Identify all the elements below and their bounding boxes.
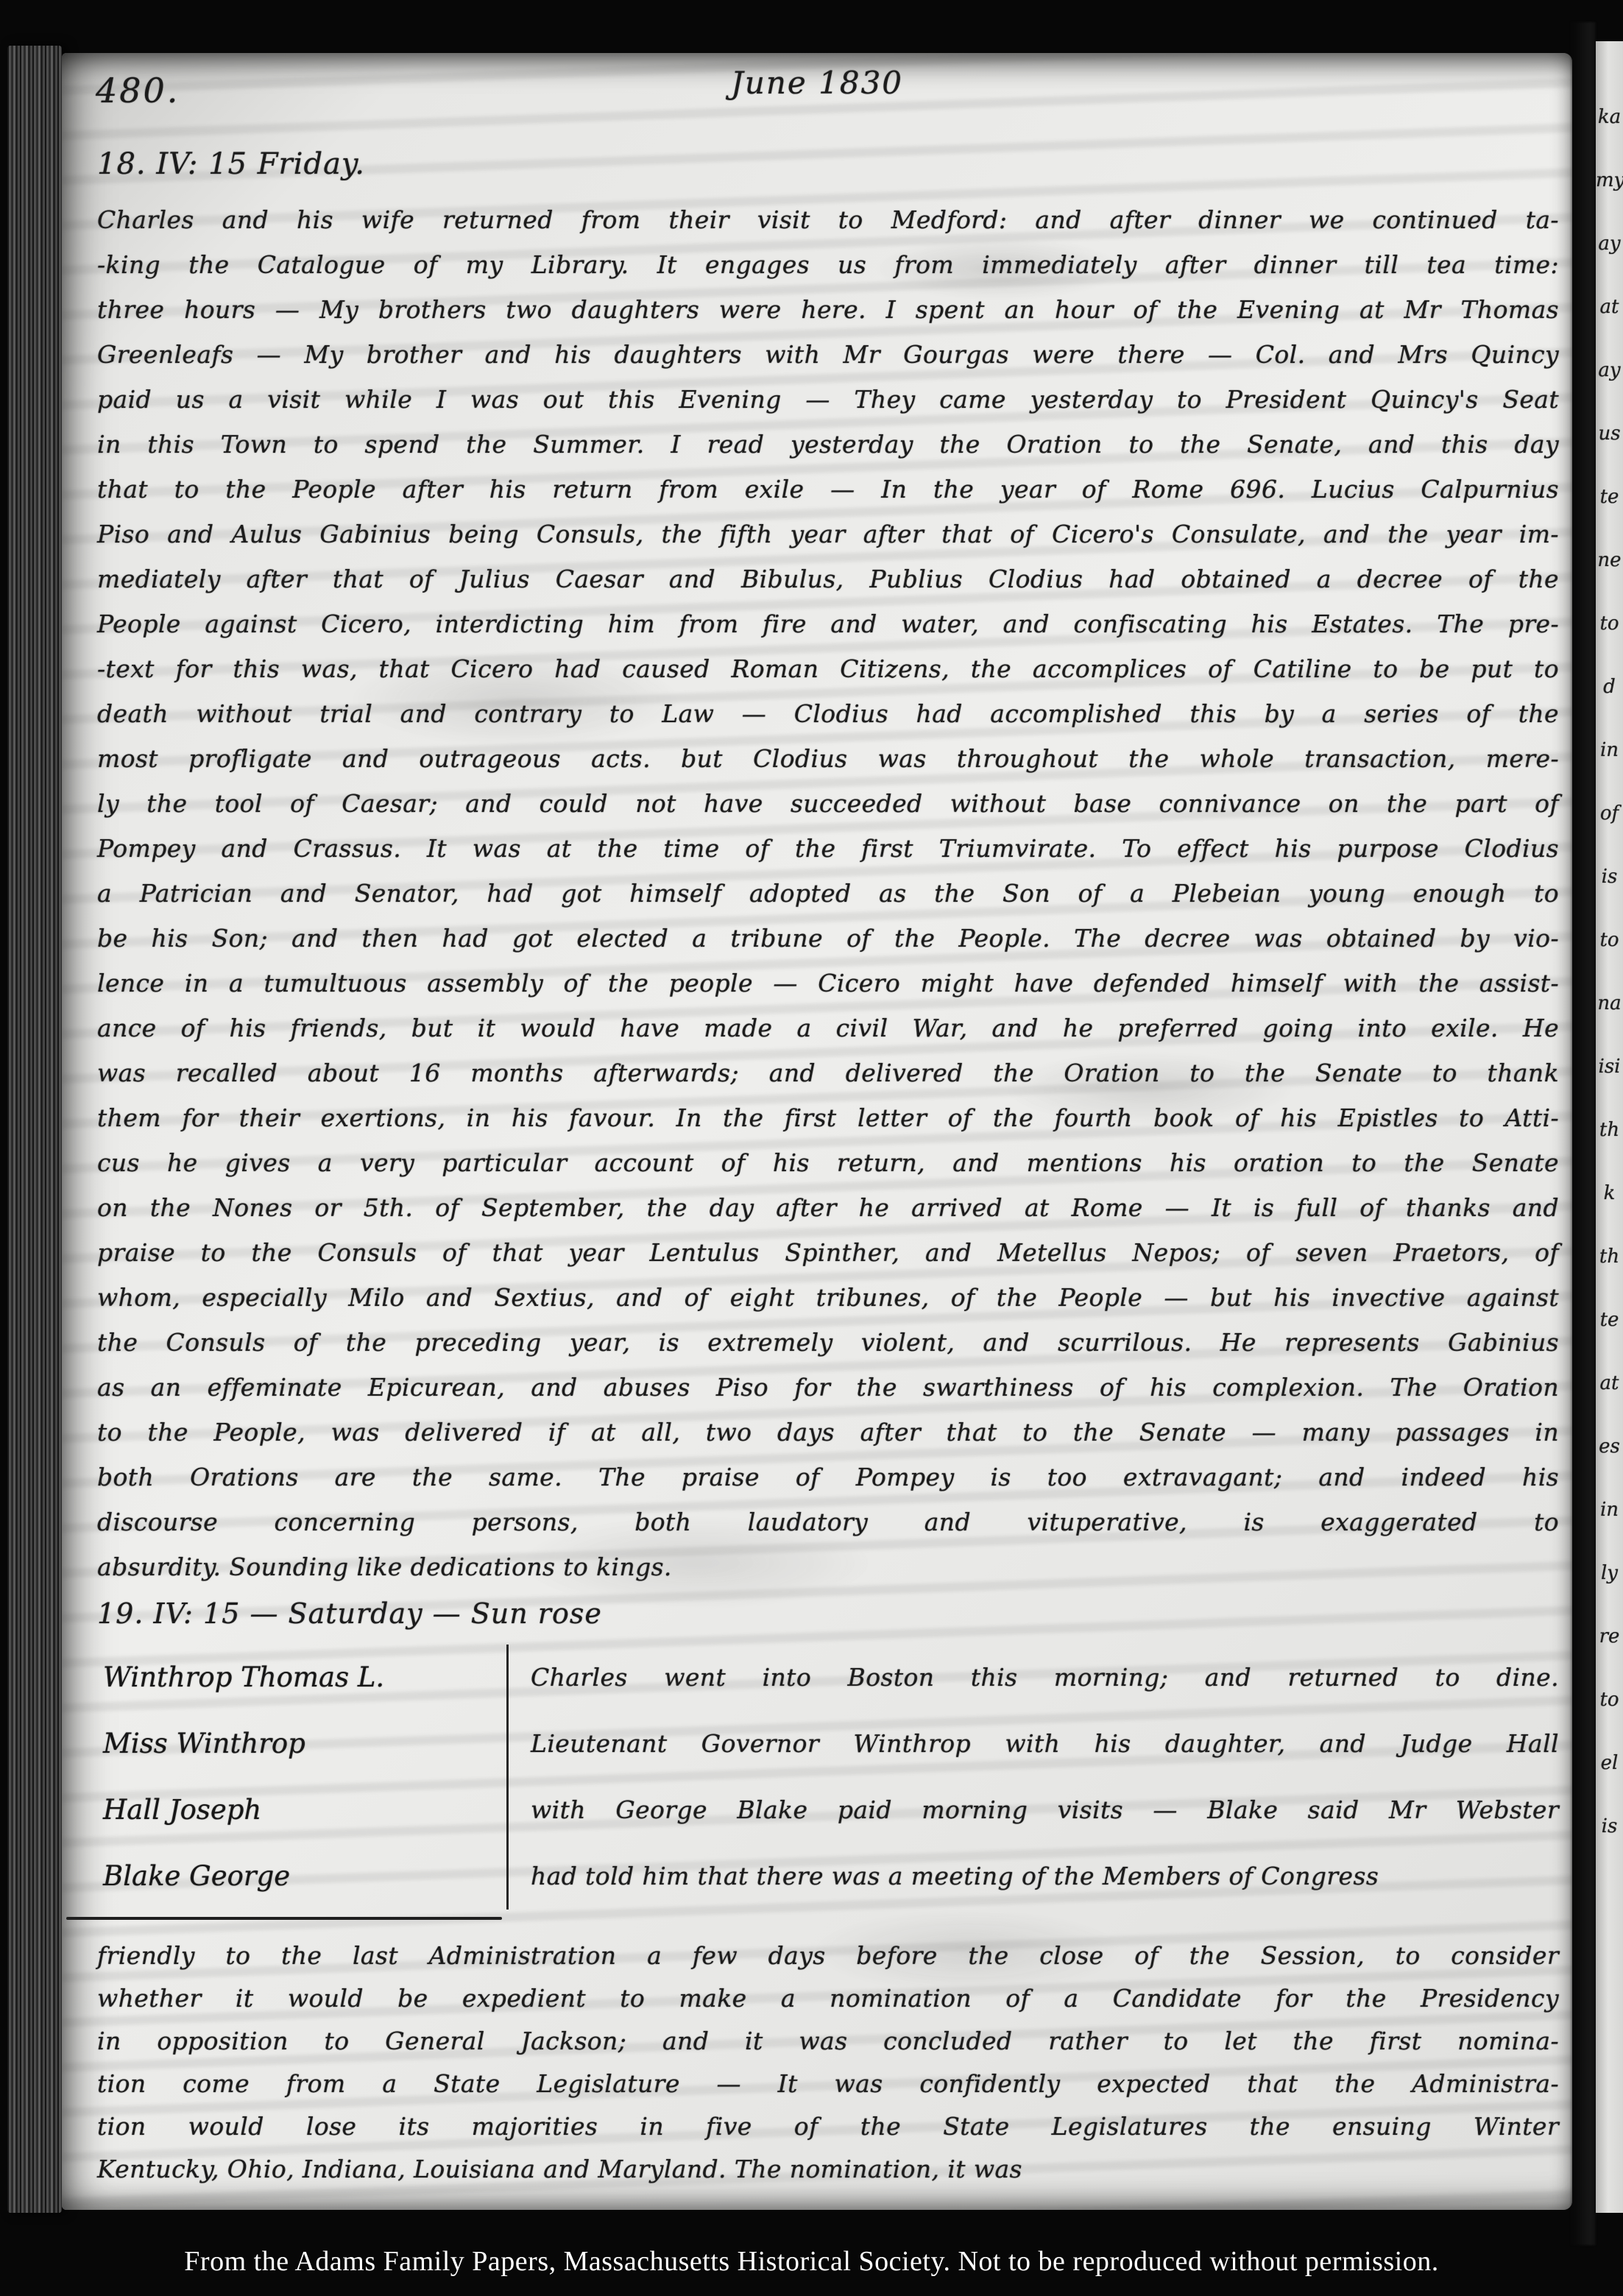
- manuscript-line: on the Nones or 5th. of September, the d…: [97, 1185, 1559, 1230]
- manuscript-line: friendly to the last Administration a fe…: [97, 1935, 1559, 1977]
- manuscript-line: in this Town to spend the Summer. I read…: [97, 422, 1559, 467]
- manuscript-line: them for their exertions, in his favour.…: [97, 1095, 1559, 1140]
- manuscript-line: paid us a visit while I was out this Eve…: [97, 377, 1559, 422]
- manuscript-line: lence in a tumultuous assembly of the pe…: [97, 961, 1559, 1006]
- visitor-list-underline: [66, 1917, 502, 1920]
- manuscript-line: mediately after that of Julius Caesar an…: [97, 557, 1559, 601]
- manuscript-line: whether it would be expedient to make a …: [97, 1977, 1559, 2020]
- manuscript-line: cus he gives a very particular account o…: [97, 1140, 1559, 1185]
- manuscript-line: to the People, was delivered if at all, …: [97, 1410, 1559, 1455]
- manuscript-line: that to the People after his return from…: [97, 467, 1559, 512]
- manuscript-scan: 480. June 1830 18. IV: 15 Friday. Charle…: [0, 0, 1623, 2296]
- saturday-entry-text: friendly to the last Administration a fe…: [97, 1935, 1559, 2191]
- friday-entry-text: Charles and his wife returned from their…: [97, 197, 1559, 1589]
- manuscript-line: praise to the Consuls of that year Lentu…: [97, 1230, 1559, 1275]
- manuscript-line: the Consuls of the preceding year, is ex…: [97, 1320, 1559, 1365]
- entry-heading-friday: 18. IV: 15 Friday.: [97, 147, 365, 181]
- manuscript-line: Charles went into Boston this morning; a…: [531, 1645, 1559, 1711]
- visitor-name: Winthrop Thomas L.: [103, 1645, 506, 1711]
- manuscript-line: absurdity. Sounding like dedications to …: [97, 1544, 1559, 1589]
- manuscript-line: Piso and Aulus Gabinius being Consuls, t…: [97, 512, 1559, 557]
- manuscript-line: tion come from a State Legislature — It …: [97, 2063, 1559, 2105]
- manuscript-line: Charles and his wife returned from their…: [97, 197, 1559, 242]
- visitor-name: Blake George: [103, 1843, 506, 1910]
- entry-heading-saturday: 19. IV: 15 — Saturday — Sun rose: [97, 1597, 602, 1630]
- manuscript-line: both Orations are the same. The praise o…: [97, 1455, 1559, 1500]
- manuscript-line: Lieutenant Governor Winthrop with his da…: [531, 1711, 1559, 1777]
- manuscript-line: Pompey and Crassus. It was at the time o…: [97, 826, 1559, 871]
- header-date: June 1830: [62, 65, 1572, 101]
- visitor-name-list: Winthrop Thomas L.Miss WinthropHall Jose…: [97, 1645, 506, 1910]
- manuscript-line: Greenleafs — My brother and his daughter…: [97, 332, 1559, 377]
- manuscript-line: be his Son; and then had got elected a t…: [97, 916, 1559, 961]
- manuscript-line: ance of his friends, but it would have m…: [97, 1006, 1559, 1050]
- manuscript-line: had told him that there was a meeting of…: [531, 1843, 1559, 1910]
- book-page-edges: [7, 46, 62, 2213]
- visitor-name: Hall Joseph: [103, 1777, 506, 1843]
- facing-page-sliver: ka my ay at ay us te ne to d in of is to…: [1596, 41, 1623, 2213]
- manuscript-line: ly the tool of Caesar; and could not hav…: [97, 781, 1559, 826]
- saturday-visitors-block: Winthrop Thomas L.Miss WinthropHall Jose…: [97, 1645, 1559, 1910]
- manuscript-line: most profligate and outrageous acts. but…: [97, 736, 1559, 781]
- manuscript-line: death without trial and contrary to Law …: [97, 691, 1559, 736]
- manuscript-line: three hours — My brothers two daughters …: [97, 287, 1559, 332]
- manuscript-line: a Patrician and Senator, had got himself…: [97, 871, 1559, 916]
- manuscript-line: whom, especially Milo and Sextius, and o…: [97, 1275, 1559, 1320]
- visitor-name: Miss Winthrop: [103, 1711, 506, 1777]
- footer-caption: From the Adams Family Papers, Massachuse…: [0, 2245, 1623, 2289]
- manuscript-line: with George Blake paid morning visits — …: [531, 1777, 1559, 1843]
- diary-page: 480. June 1830 18. IV: 15 Friday. Charle…: [62, 53, 1572, 2210]
- binding-gutter: [1571, 22, 1596, 2245]
- manuscript-line: tion would lose its majorities in five o…: [97, 2105, 1559, 2148]
- manuscript-line: discourse concerning persons, both lauda…: [97, 1500, 1559, 1544]
- manuscript-line: as an effeminate Epicurean, and abuses P…: [97, 1365, 1559, 1410]
- manuscript-line: People against Cicero, interdicting him …: [97, 601, 1559, 646]
- manuscript-line: was recalled about 16 months afterwards;…: [97, 1050, 1559, 1095]
- manuscript-line: -king the Catalogue of my Library. It en…: [97, 242, 1559, 287]
- manuscript-line: in opposition to General Jackson; and it…: [97, 2020, 1559, 2063]
- saturday-entry-column-text: Charles went into Boston this morning; a…: [506, 1645, 1559, 1910]
- manuscript-line: -text for this was, that Cicero had caus…: [97, 646, 1559, 691]
- manuscript-line: Kentucky, Ohio, Indiana, Louisiana and M…: [97, 2148, 1559, 2191]
